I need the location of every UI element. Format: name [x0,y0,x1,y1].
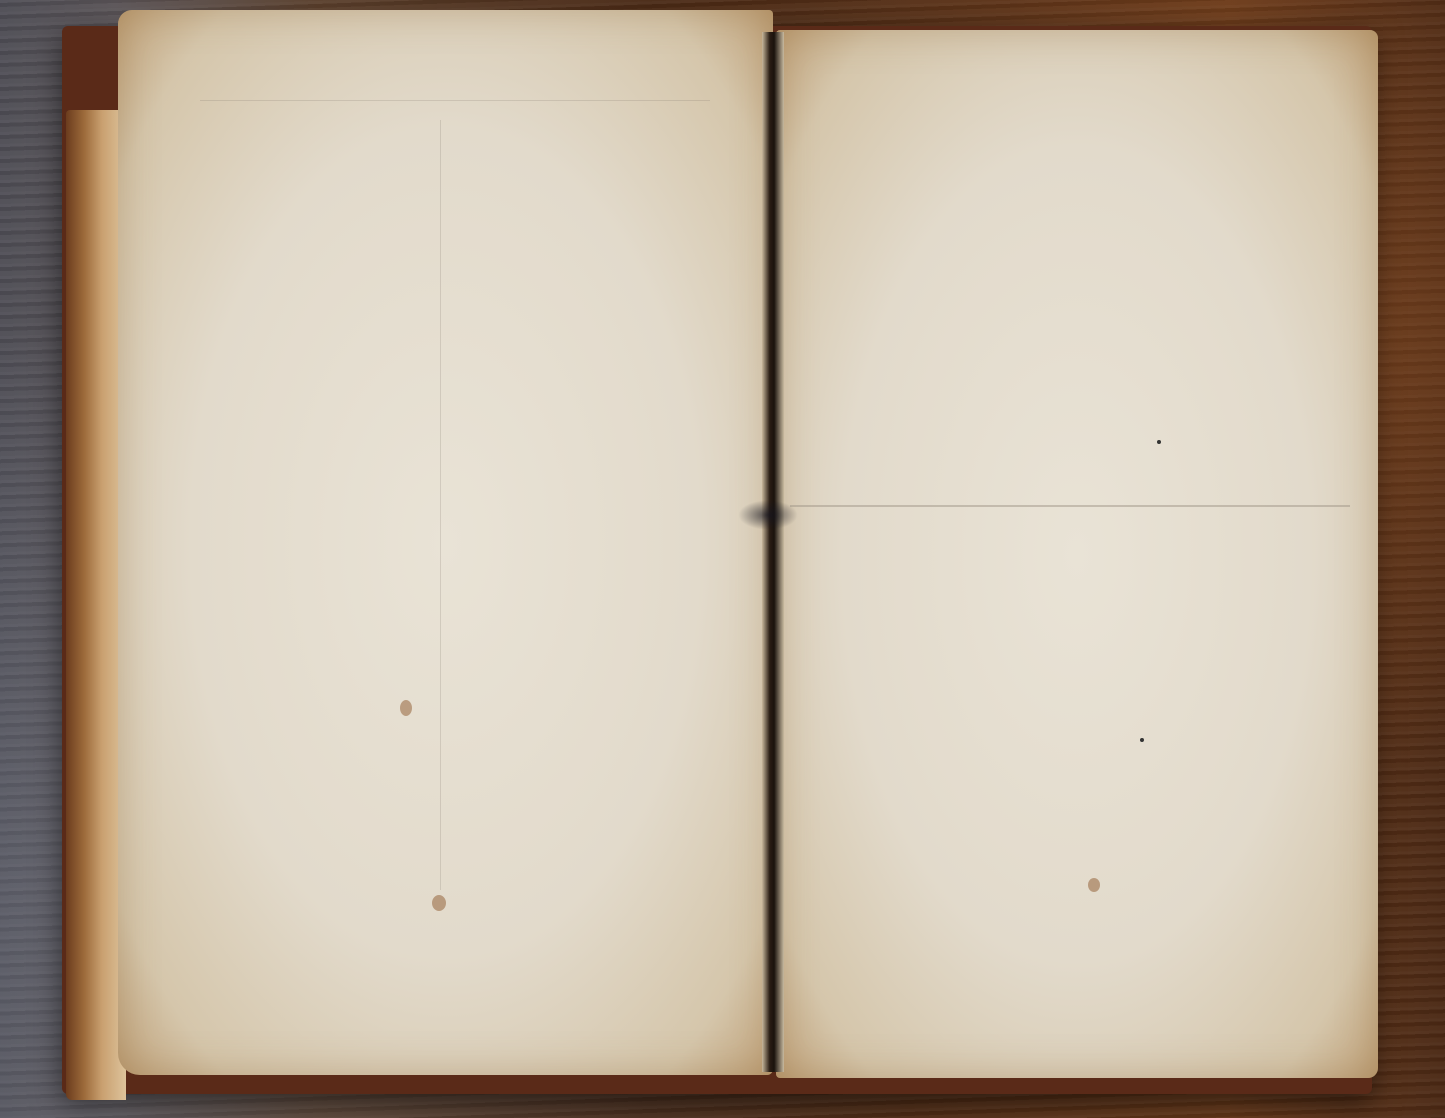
book-gutter [762,32,784,1072]
right-page [776,30,1378,1078]
page-crease [790,505,1350,507]
foxing-spot [1157,440,1161,444]
foxing-spot [1088,878,1100,892]
header-rule [200,100,710,101]
showthrough-column-right [450,120,705,880]
column-rule [440,120,441,890]
showthrough-column-left [200,120,435,740]
page-block-edge [66,110,126,1100]
ink-blot [738,500,798,530]
foxing-spot [1140,738,1144,742]
foxing-spot [432,895,446,911]
foxing-spot [400,700,412,716]
